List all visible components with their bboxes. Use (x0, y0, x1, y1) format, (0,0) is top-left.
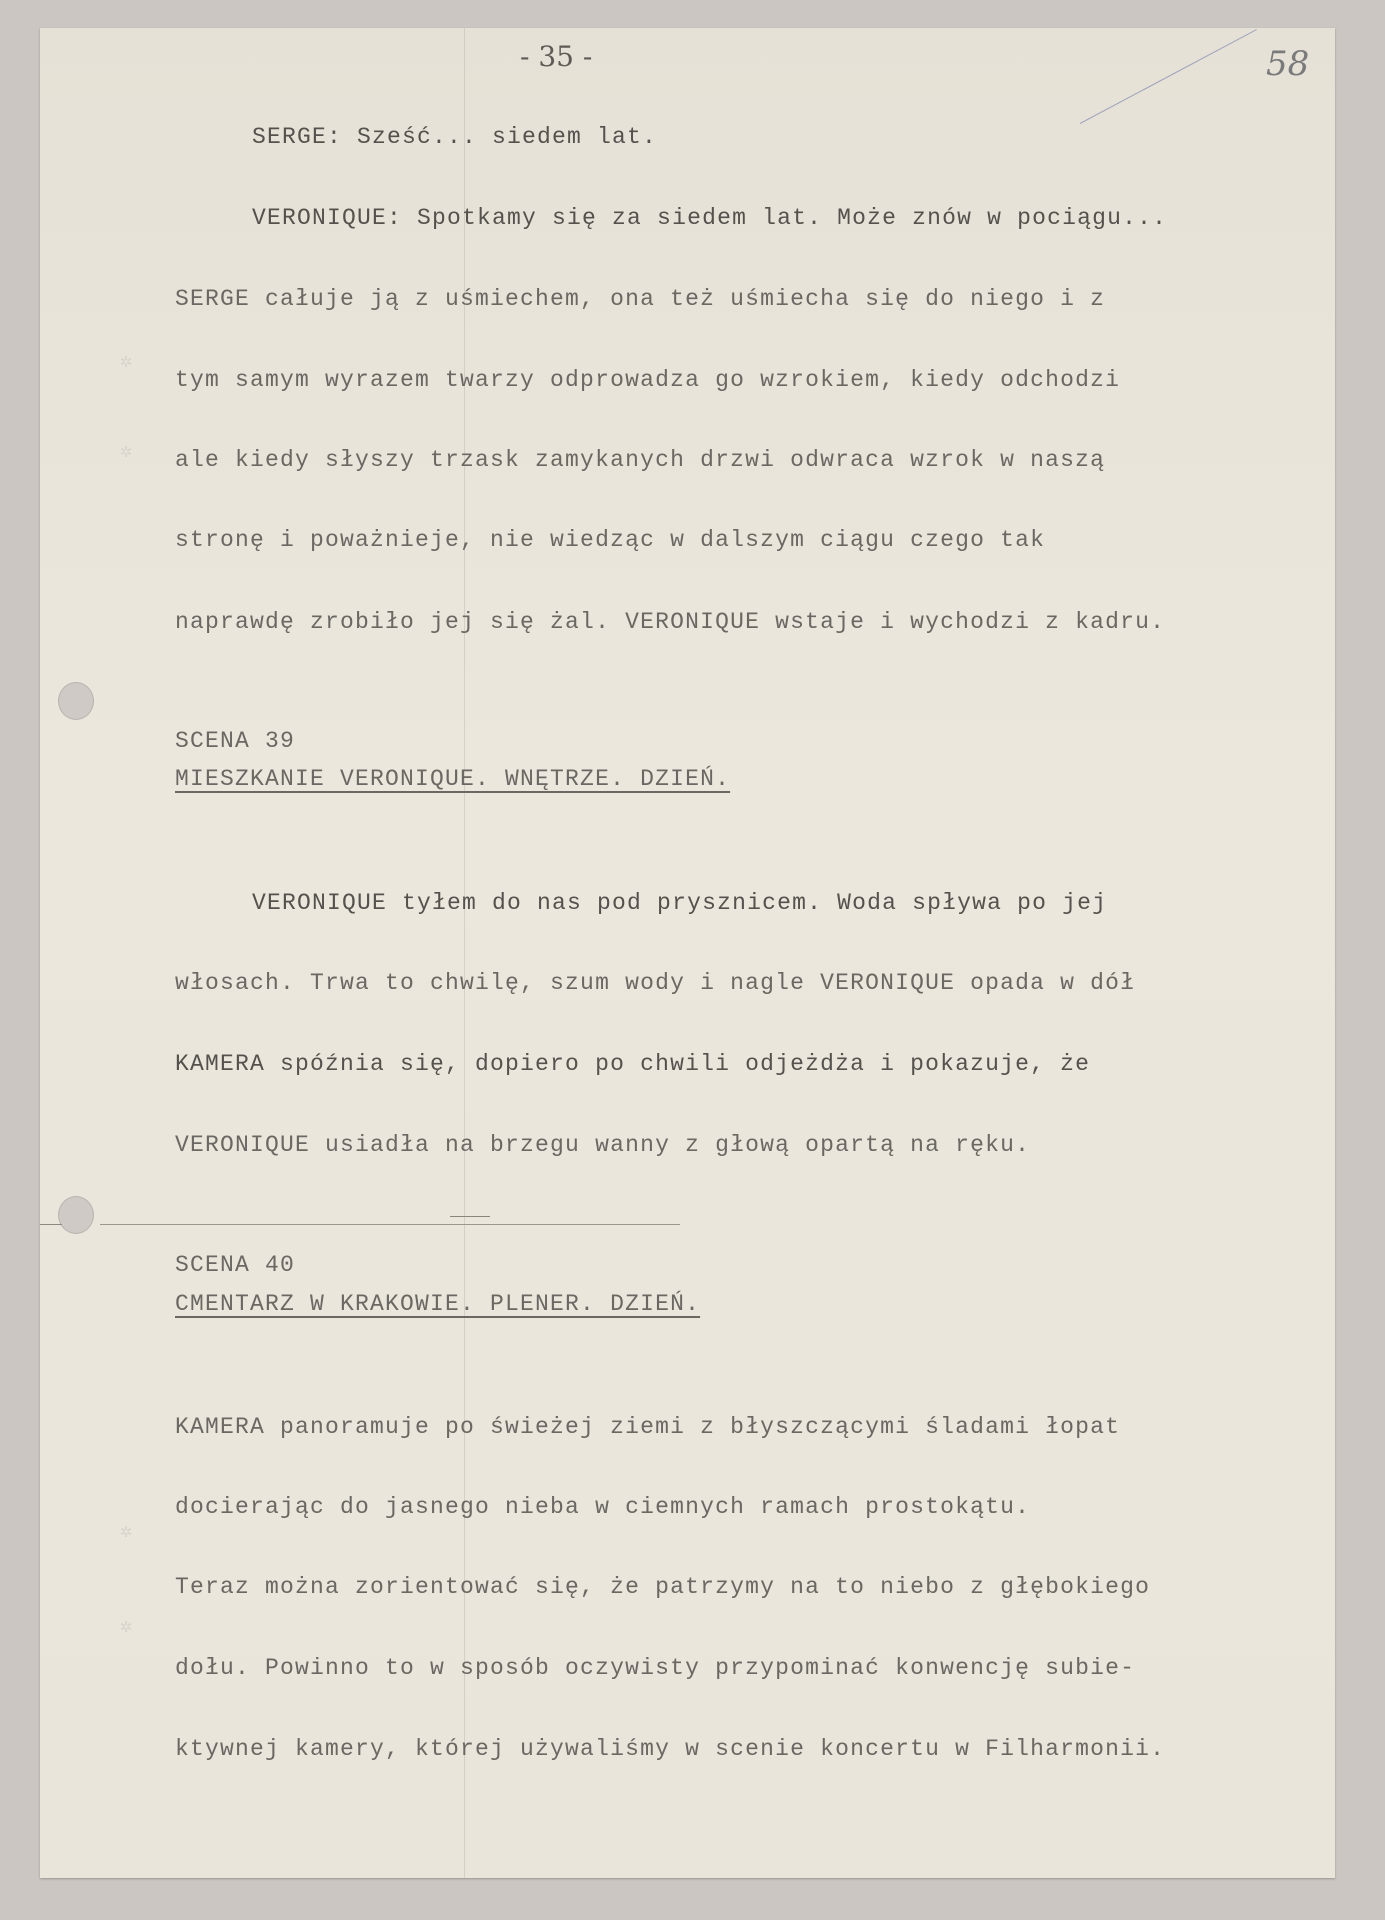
action-line: dołu. Powinno to w sposób oczywisty przy… (175, 1655, 1135, 1681)
action-line: VERONIQUE tyłem do nas pod prysznicem. W… (252, 890, 1107, 916)
action-line: docierając do jasnego nieba w ciemnych r… (175, 1494, 1030, 1520)
action-line: KAMERA spóźnia się, dopiero po chwili od… (175, 1051, 1090, 1077)
punch-hole (58, 1196, 94, 1234)
action-line: SERGE całuje ją z uśmiechem, ona też uśm… (175, 286, 1105, 312)
action-line: tym samym wyrazem twarzy odprowadza go w… (175, 367, 1120, 393)
scene-heading: MIESZKANIE VERONIQUE. WNĘTRZE. DZIEŃ. (175, 766, 730, 792)
action-line: VERONIQUE usiadła na brzegu wanny z głow… (175, 1132, 1030, 1158)
dialogue-line: SERGE: Sześć... siedem lat. (252, 124, 657, 150)
scene-number: SCENA 39 (175, 728, 295, 754)
divider-line (40, 1224, 62, 1225)
divider-line (100, 1224, 680, 1225)
action-line: ktywnej kamery, której używaliśmy w scen… (175, 1736, 1165, 1762)
action-line: stronę i poważnieje, nie wiedząc w dalsz… (175, 527, 1045, 553)
action-line: Teraz można zorientować się, że patrzymy… (175, 1574, 1150, 1600)
hole-mark-icon: ✲ (120, 348, 132, 374)
action-line: ale kiedy słyszy trzask zamykanych drzwi… (175, 447, 1105, 473)
scene-heading: CMENTARZ W KRAKOWIE. PLENER. DZIEŃ. (175, 1291, 700, 1317)
dialogue-line: VERONIQUE: Spotkamy się za siedem lat. M… (252, 205, 1167, 231)
hole-mark-icon: ✲ (120, 1613, 132, 1639)
divider-line (450, 1216, 490, 1217)
hole-mark-icon: ✲ (120, 1518, 132, 1544)
action-line: naprawdę zrobiło jej się żal. VERONIQUE … (175, 609, 1165, 635)
action-line: włosach. Trwa to chwilę, szum wody i nag… (175, 970, 1135, 996)
folio-number: 58 (1266, 44, 1309, 84)
pencil-mark (1080, 29, 1257, 124)
page-number: - 35 - (520, 40, 592, 73)
scene-number: SCENA 40 (175, 1252, 295, 1278)
punch-hole (58, 682, 94, 720)
hole-mark-icon: ✲ (120, 438, 132, 464)
action-line: KAMERA panoramuje po świeżej ziemi z bły… (175, 1414, 1120, 1440)
